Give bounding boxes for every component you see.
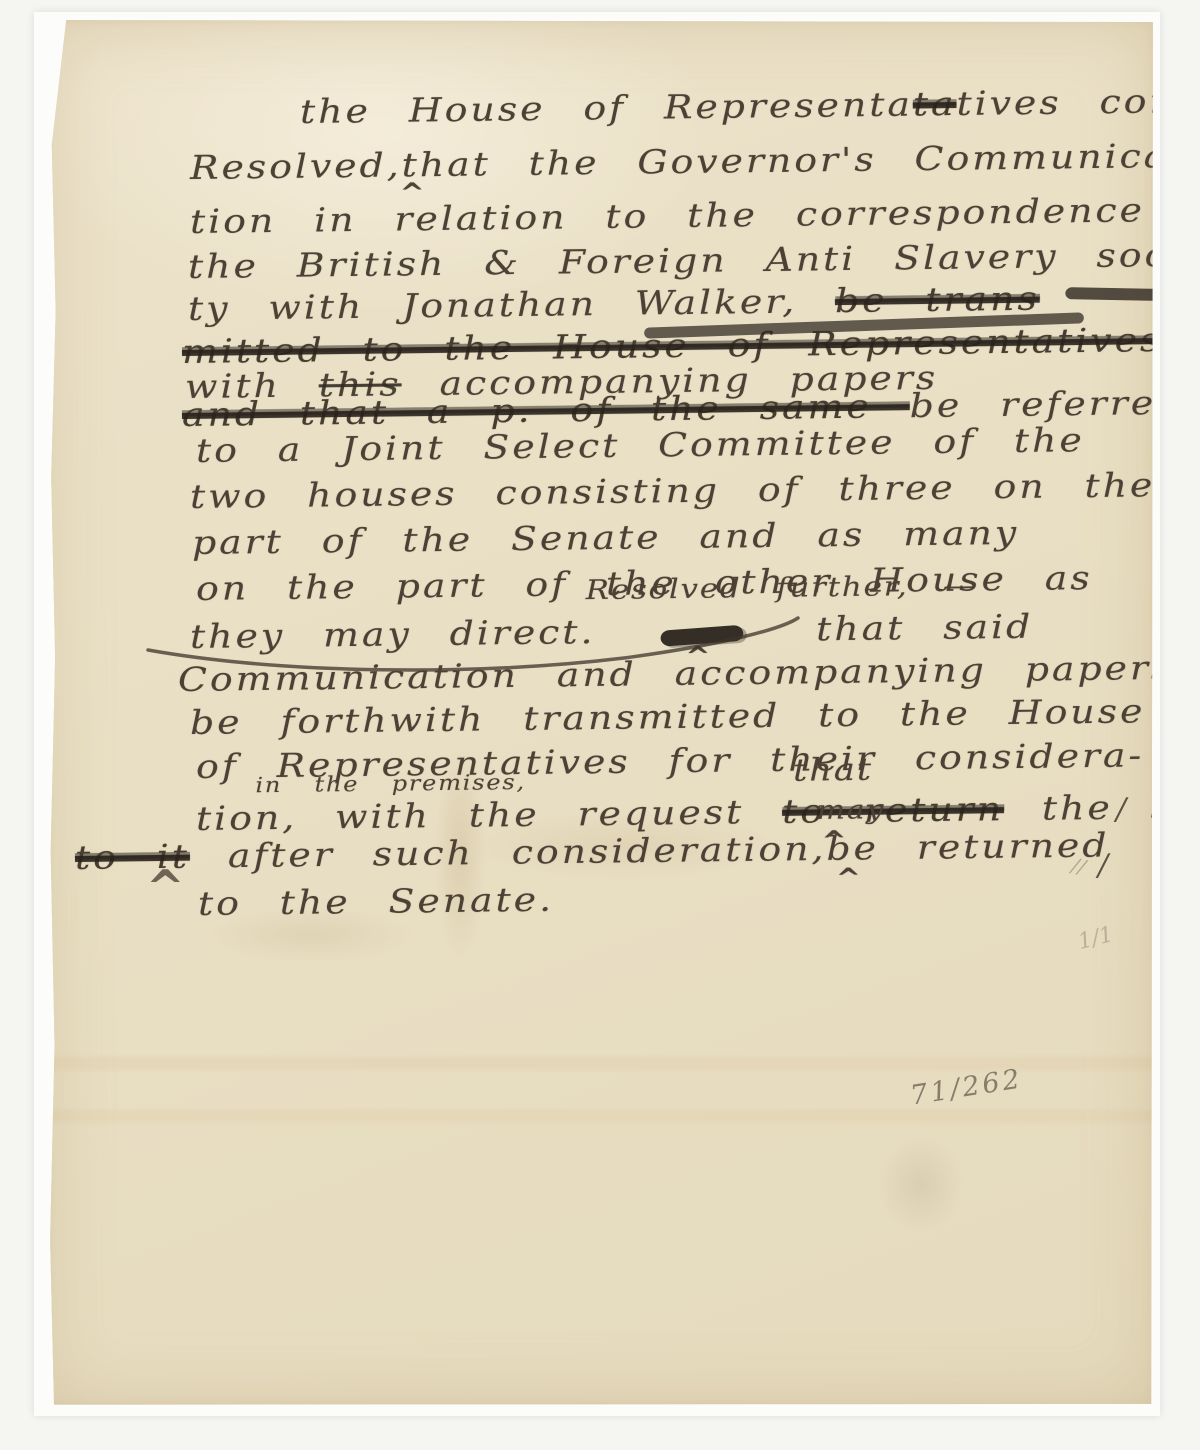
- slash-mark: /: [1098, 848, 1108, 883]
- handwriting-text: part of the Senate and as many: [192, 513, 1020, 562]
- insertion-text: in the premises,: [255, 771, 526, 797]
- handwriting-text: after such consideration,: [190, 829, 827, 876]
- handwriting-text: be forthwith transmitted to the House: [190, 691, 1146, 742]
- manuscript-paper: the House of Representatatives concernin…: [44, 20, 1154, 1406]
- manuscript-line: to the Senate.: [198, 882, 554, 923]
- caret-mark: ^: [146, 860, 185, 914]
- handwriting-text: two houses consisting of three on the: [190, 465, 1156, 516]
- caret-mark: ^: [1179, 352, 1200, 381]
- manuscript-line: to a Joint Select Committee of the: [196, 422, 1085, 469]
- pencil-catalog-number: 71/262: [908, 1063, 1024, 1111]
- handwriting-text: the same,: [1004, 786, 1200, 828]
- insertion-text: Resolved further, —: [585, 571, 975, 605]
- manuscript-line: Resolved,^ that the Governor's Communica…: [190, 138, 1185, 186]
- insertion-anchor: may^ be returned: [826, 827, 1110, 867]
- manuscript-line: be forthwith transmitted to the House: [190, 693, 1146, 741]
- insertion-anchor: ^ that the Governor's Communica-: [401, 138, 1185, 184]
- handwriting-text: tion in relation to the correspondence o…: [190, 189, 1200, 241]
- handwriting-text: the House of Representa: [300, 85, 913, 131]
- slash-mark: /: [1116, 792, 1126, 827]
- struck-text: ta: [913, 84, 957, 124]
- pencil-tick-mark: 1/1: [1076, 922, 1116, 955]
- insertion-text: that: [793, 753, 873, 788]
- manuscript-line: tion in relation to the correspondence o…: [190, 191, 1200, 240]
- manuscript-line: part of the Senate and as many: [192, 515, 1020, 561]
- manuscript-line: two houses consisting of three on the: [190, 467, 1156, 515]
- handwriting-text: Resolved,: [190, 145, 402, 187]
- insertion-text: may: [817, 796, 886, 825]
- struck-text: be trans: [835, 279, 1040, 320]
- handwriting-text: that said: [816, 607, 1034, 649]
- handwriting-text: that the Governor's Communica-: [401, 136, 1185, 185]
- ink-smear: [1065, 287, 1200, 302]
- caret-mark: ^: [836, 864, 861, 893]
- handwriting-text: be referred: [909, 383, 1183, 425]
- handwriting-text: to the Senate.: [198, 880, 554, 923]
- handwriting-text: be returned: [826, 825, 1110, 867]
- manuscript-line: the House of Representatatives concernin…: [300, 81, 1200, 130]
- scan-background: { "page": { "background_color": "#f5f5f2…: [0, 0, 1200, 1450]
- handwriting-text: ty with Jonathan Walker,: [188, 281, 835, 328]
- handwriting-text: tives concerning,: [956, 79, 1200, 123]
